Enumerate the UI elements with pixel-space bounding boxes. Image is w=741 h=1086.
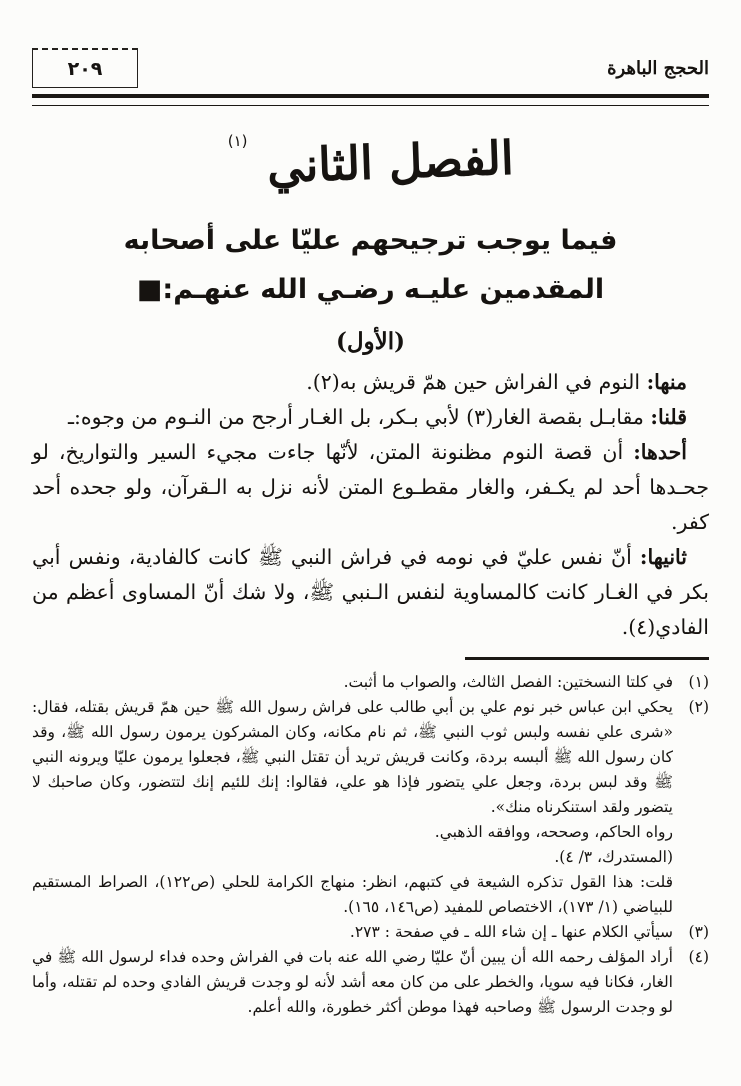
footnote-text: أراد المؤلف رحمه الله أن يبين أنّ عليّا … [32, 945, 673, 1020]
running-header: الحجج الباهرة ٢٠٩ [32, 46, 709, 90]
footnote-separator [465, 657, 709, 660]
paragraph-lead: قلنا: [650, 405, 687, 429]
footnote: (٣) سيأتي الكلام عنها ـ إن شاء الله ـ في… [32, 920, 709, 945]
footnote-text: في كلتا النسختين: الفصل الثالث، والصواب … [32, 670, 673, 695]
footnote-marker: (٢) [689, 695, 709, 720]
chapter-footnote-ref: (١) [228, 132, 248, 150]
page-number: ٢٠٩ [68, 58, 103, 80]
footnote-text: سيأتي الكلام عنها ـ إن شاء الله ـ في صفح… [32, 920, 673, 945]
footnote: (١) في كلتا النسختين: الفصل الثالث، والص… [32, 670, 709, 695]
body-paragraph: ثانيها: أنّ نفس عليّ في نومه في فراش الن… [32, 540, 709, 645]
footnote-marker: (٣) [689, 920, 709, 945]
section-heading-line1: فيما يوجب ترجيحهم عليّا على أصحابه [32, 216, 709, 265]
footnote-text: قلت: هذا القول تذكره الشيعة في كتبهم، ان… [32, 870, 673, 920]
body-text: منها: النوم في الفراش حين همّ قريش به(٢)… [32, 365, 709, 645]
paragraph-text: مقابـل بقصة الغار(٣) لأبي بـكر، بل الغـا… [68, 405, 644, 429]
body-paragraph: قلنا: مقابـل بقصة الغار(٣) لأبي بـكر، بل… [32, 400, 709, 435]
footnote-text: رواه الحاكم، وصححه، ووافقه الذهبي. [32, 820, 673, 845]
paragraph-text: أنّ نفس عليّ في نومه في فراش النبي ﷺ كان… [32, 545, 709, 639]
subsection-heading: (الأول) [32, 328, 709, 355]
paragraph-lead: أحدها: [633, 440, 687, 464]
section-heading-line2: المقدمين عليـه رضـي الله عنهـم:■ [32, 265, 709, 314]
footnote: (٤) أراد المؤلف رحمه الله أن يبين أنّ عل… [32, 945, 709, 1020]
footnotes: (١) في كلتا النسختين: الفصل الثالث، والص… [32, 670, 709, 1020]
footnote-text: (المستدرك، ٣/ ٤). [32, 845, 673, 870]
page-number-box: ٢٠٩ [32, 48, 138, 88]
paragraph-lead: منها: [647, 370, 687, 394]
footnote: (٢) يحكي ابن عباس خبر نوم علي بن أبي طال… [32, 695, 709, 920]
body-paragraph: منها: النوم في الفراش حين همّ قريش به(٢)… [32, 365, 709, 400]
paragraph-text: أن قصة النوم مظنونة المتن، لأنّها جاءت م… [32, 440, 709, 534]
paragraph-text: النوم في الفراش حين همّ قريش به(٢). [306, 370, 640, 394]
footnote-marker: (١) [689, 670, 709, 695]
footnote-marker: (٤) [689, 945, 709, 970]
chapter-title-calligraphy: الفصل الثاني [265, 118, 514, 207]
header-rule [32, 94, 709, 106]
body-paragraph: أحدها: أن قصة النوم مظنونة المتن، لأنّها… [32, 435, 709, 540]
book-page: الحجج الباهرة ٢٠٩ الفصل الثاني (١) فيما … [0, 0, 741, 1086]
chapter-title-block: الفصل الثاني (١) [32, 122, 709, 208]
footnote-text: يحكي ابن عباس خبر نوم علي بن أبي طالب عل… [32, 695, 673, 820]
book-title: الحجج الباهرة [607, 58, 709, 79]
paragraph-lead: ثانيها: [640, 545, 687, 569]
section-heading: فيما يوجب ترجيحهم عليّا على أصحابه المقد… [32, 216, 709, 314]
